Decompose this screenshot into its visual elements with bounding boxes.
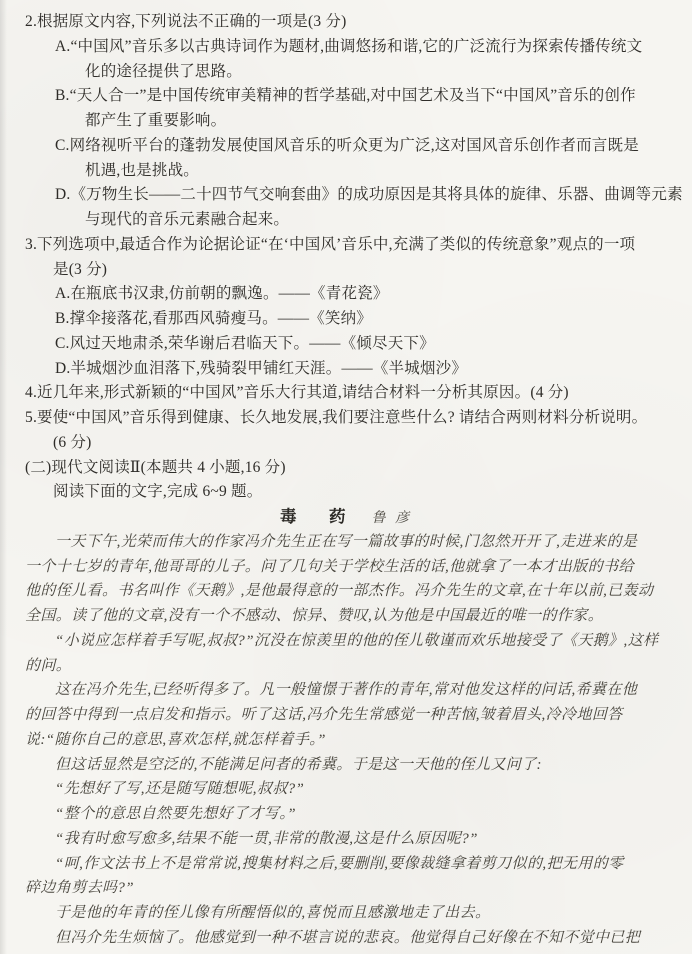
story-line: 说:“随你自己的意思,喜欢怎样,就怎样着手。”	[25, 728, 692, 753]
exam-document-page: 2.根据原文内容,下列说法不正确的一项是(3 分) A.“中国风”音乐多以古典诗…	[0, 0, 692, 954]
story-line: “整个的意思自然要先想好了才写。”	[25, 802, 692, 827]
story-line: 这在冯介先生,已经听得多了。凡一般憧憬于著作的青年,常对他发这样的问话,希冀在他	[25, 678, 692, 703]
question-5-stem-cont: (6 分)	[53, 431, 692, 456]
question-2-option-c: C.网络视听平台的蓬勃发展使国风音乐的听众更为广泛,这对国风音乐创作者而言既是	[55, 134, 692, 159]
story-line: 全国。读了他的文章,没有一个不感动、惊异、赞叹,认为他是中国最近的唯一的作家。	[25, 604, 692, 629]
scan-edge-shadow	[0, 0, 7, 954]
question-3-option-c: C.风过天地肃杀,荣华谢后君临天下。——《倾尽天下》	[55, 332, 692, 357]
story-line: “先想好了写,还是随写随想呢,叔叔?”	[25, 777, 692, 802]
question-3-option-d: D.半城烟沙血泪落下,残骑裂甲铺红天涯。——《半城烟沙》	[55, 357, 692, 382]
reading-title: 毒 药	[280, 505, 354, 530]
question-2-option-a: A.“中国风”音乐多以古典诗词作为题材,曲调悠扬和谐,它的广泛流行为探索传播传统…	[55, 35, 692, 60]
story-line: 碎边角剪去吗?”	[25, 876, 692, 901]
question-2-option-d: D.《万物生长——二十四节气交响套曲》的成功原因是其将具体的旋律、乐器、曲调等元…	[55, 183, 692, 208]
story-line: 但冯介先生烦恼了。他感觉到一种不堪言说的悲哀。他觉得自己好像在不知不觉中已把	[25, 926, 692, 951]
question-2-option-b: B.“天人合一”是中国传统审美精神的哲学基础,对中国艺术及当下“中国风”音乐的创…	[55, 84, 692, 109]
question-3-option-a: A.在瓶底书汉隶,仿前朝的飘逸。——《青花瓷》	[55, 282, 692, 307]
story-line: 一个十七岁的青年,他哥哥的儿子。问了几句关于学校生活的话,他就拿了一本才出版的书…	[25, 555, 692, 580]
question-3-stem-cont: 是(3 分)	[53, 258, 692, 283]
question-2-option-a-cont: 化的途径提供了思路。	[85, 60, 692, 85]
question-3-option-b: B.撑伞接落花,看那西风骑瘦马。——《笑纳》	[55, 307, 692, 332]
question-2-option-d-cont: 与现代的音乐元素融合起来。	[85, 208, 692, 233]
question-2-stem: 2.根据原文内容,下列说法不正确的一项是(3 分)	[25, 10, 692, 35]
question-2-option-c-cont: 机遇,也是挑战。	[85, 159, 692, 184]
reading-title-line: 毒 药 鲁 彦	[0, 505, 692, 530]
story-line: 于是他的年青的侄儿像有所醒悟似的,喜悦而且感激地走了出去。	[25, 901, 692, 926]
story-line: 但这话显然是空泛的,不能满足问者的希冀。于是这一天他的侄儿又问了:	[25, 753, 692, 778]
story-line: “我有时愈写愈多,结果不能一贯,非常的散漫,这是什么原因呢?”	[25, 827, 692, 852]
question-4-stem: 4.近几年来,形式新颖的“中国风”音乐大行其道,请结合材料一分析其原因。(4 分…	[25, 381, 692, 406]
story-line: 他的侄儿看。书名叫作《天鹅》,是他最得意的一部杰作。冯介先生的文章,在十年以前,…	[25, 579, 692, 604]
section-2-header: (二)现代文阅读Ⅱ(本题共 4 小题,16 分)	[25, 456, 692, 481]
question-5-stem: 5.要使“中国风”音乐得到健康、长久地发展,我们要注意些什么? 请结合两则材料分…	[25, 406, 692, 431]
story-line: “呵,作文法书上不是常常说,搜集材料之后,要删削,要像裁缝拿着剪刀似的,把无用的…	[25, 852, 692, 877]
question-2-option-b-cont: 都产生了重要影响。	[85, 109, 692, 134]
story-line: 的回答中得到一点启发和指示。听了这话,冯介先生常感觉一种苦恼,皱着眉头,冷冷地回…	[25, 703, 692, 728]
story-line: 的问。	[25, 654, 692, 679]
story-line: “小说应怎样着手写呢,叔叔?”沉没在惊羡里的他的侄儿敬谨而欢乐地接受了《天鹅》,…	[25, 629, 692, 654]
reading-author: 鲁 彦	[372, 507, 413, 532]
section-2-instruction: 阅读下面的文字,完成 6~9 题。	[53, 480, 692, 505]
story-line: 一天下午,光荣而伟大的作家冯介先生正在写一篇故事的时候,门忽然开开了,走进来的是	[25, 530, 692, 555]
question-3-stem: 3.下列选项中,最适合作为论据论证“在‘中国风’音乐中,充满了类似的传统意象”观…	[25, 233, 692, 258]
